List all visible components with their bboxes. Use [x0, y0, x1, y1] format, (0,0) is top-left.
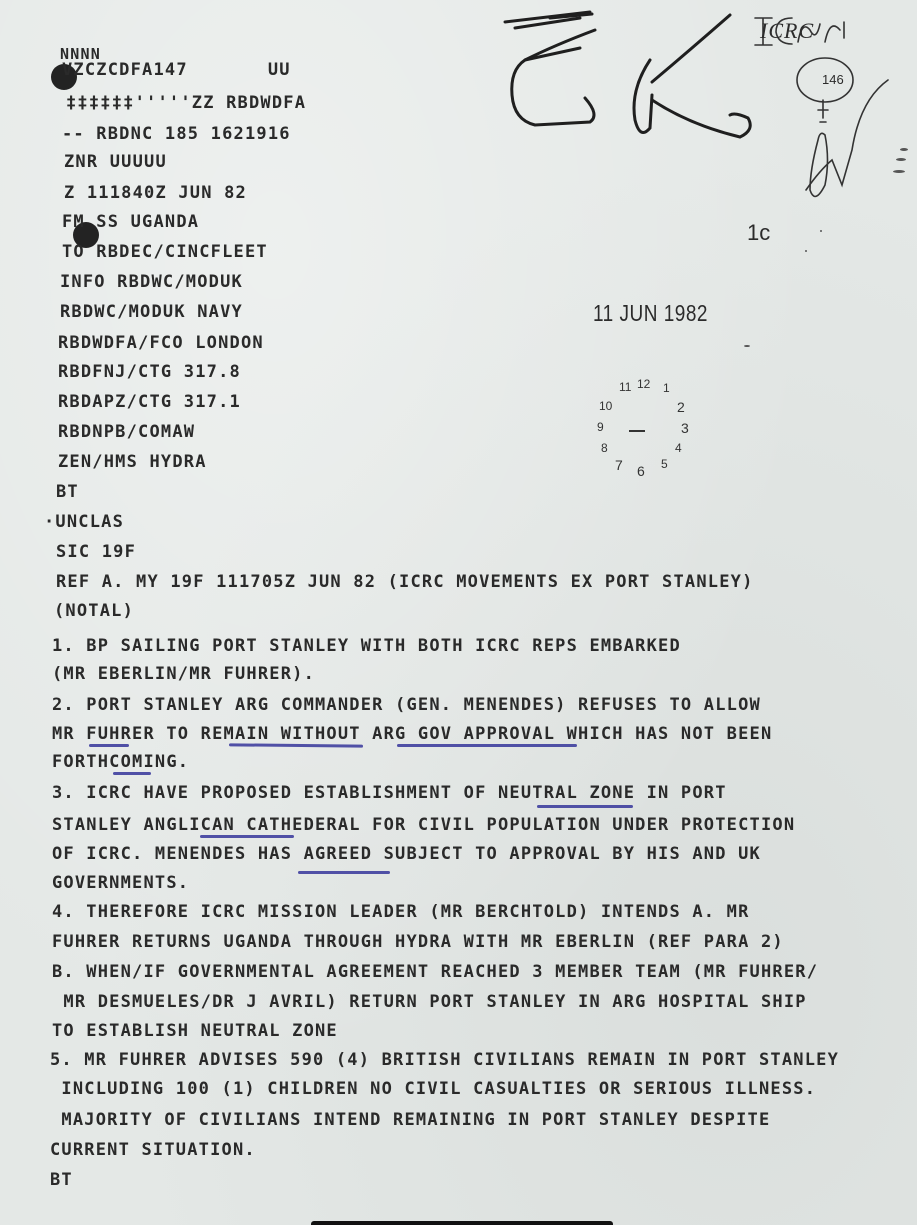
pen-underline: [537, 805, 633, 808]
body-line: 3. ICRC HAVE PROPOSED ESTABLISHMENT OF N…: [52, 783, 727, 803]
header-line: Z 111840Z JUN 82: [64, 183, 247, 203]
body-line: 5. MR FUHRER ADVISES 590 (4) BRITISH CIV…: [50, 1050, 839, 1070]
header-line: RBDAPZ/CTG 317.1: [58, 392, 241, 412]
body-line: 1. BP SAILING PORT STANLEY WITH BOTH ICR…: [52, 636, 681, 656]
body-line: BT: [50, 1170, 73, 1190]
body-line: B. WHEN/IF GOVERNMENTAL AGREEMENT REACHE…: [52, 962, 818, 982]
header-line: ZNR UUUUU: [64, 152, 167, 172]
handwritten-initials: ​: [480, 0, 917, 260]
body-line: MAJORITY OF CIVILIANS INTEND REMAINING I…: [50, 1110, 770, 1130]
body-line: OF ICRC. MENENDES HAS AGREED SUBJECT TO …: [52, 844, 761, 864]
body-line: (MR EBERLIN/MR FUHRER).: [52, 664, 315, 684]
body-line: REF A. MY 19F 111705Z JUN 82 (ICRC MOVEM…: [56, 572, 754, 592]
telegram-page: NNNN VZCZCDFA147 UU ‡‡‡‡‡‡'''''ZZ RBDWDF…: [0, 0, 917, 1225]
body-line: GOVERNMENTS.: [52, 873, 189, 893]
header-line: RBDWC/MODUK NAVY: [60, 302, 243, 322]
body-line: (NOTAL): [54, 601, 134, 621]
header-line: INFO RBDWC/MODUK: [60, 272, 243, 292]
header-line: VZCZCDFA147 UU: [62, 60, 291, 80]
date-stamp: 11 JUN 1982: [593, 302, 708, 328]
header-line: FM SS UGANDA: [62, 212, 199, 232]
bottom-edge-bar: [311, 1221, 613, 1225]
folio-number: 146: [822, 72, 844, 87]
body-line: TO ESTABLISH NEUTRAL ZONE: [52, 1021, 338, 1041]
body-line: FUHRER RETURNS UGANDA THROUGH HYDRA WITH…: [52, 932, 784, 952]
header-line: ZEN/HMS HYDRA: [58, 452, 207, 472]
pen-underline: [113, 772, 151, 775]
time-dial-stamp: 11 12 1 2 3 4 5 6 7 8 9 10: [595, 375, 705, 485]
pen-underline: [397, 744, 577, 747]
header-line: SIC 19F: [56, 542, 136, 562]
body-line: INCLUDING 100 (1) CHILDREN NO CIVIL CASU…: [50, 1079, 816, 1099]
pen-underline: [298, 871, 390, 874]
header-line: RBDFNJ/CTG 317.8: [58, 362, 241, 382]
header-line: TO RBDEC/CINCFLEET: [62, 242, 268, 262]
body-line: CURRENT SITUATION.: [50, 1140, 256, 1160]
pen-underline: [89, 744, 129, 747]
body-line: MR FUHRER TO REMAIN WITHOUT ARG GOV APPR…: [52, 724, 772, 744]
header-line: RBDNPB/COMAW: [58, 422, 195, 442]
pen-underline: [229, 743, 363, 747]
body-line: FORTHCOMING.: [52, 752, 189, 772]
body-line: STANLEY ANGLICAN CATHEDERAL FOR CIVIL PO…: [52, 815, 795, 835]
header-line: -- RBDNC 185 1621916: [62, 124, 291, 144]
pen-underline: [200, 835, 294, 838]
header-line: ·UNCLAS: [44, 512, 124, 532]
header-line: RBDWDFA/FCO LONDON: [58, 333, 264, 353]
body-line: 4. THEREFORE ICRC MISSION LEADER (MR BER…: [52, 902, 750, 922]
handwritten-note-icrc: ICRC: [760, 18, 814, 44]
sub-mark: 1c: [747, 220, 770, 246]
body-line: MR DESMUELES/DR J AVRIL) RETURN PORT STA…: [52, 992, 807, 1012]
body-line: 2. PORT STANLEY ARG COMMANDER (GEN. MENE…: [52, 695, 761, 715]
header-line: ‡‡‡‡‡‡'''''ZZ RBDWDFA: [66, 93, 306, 113]
header-line: BT: [56, 482, 79, 502]
